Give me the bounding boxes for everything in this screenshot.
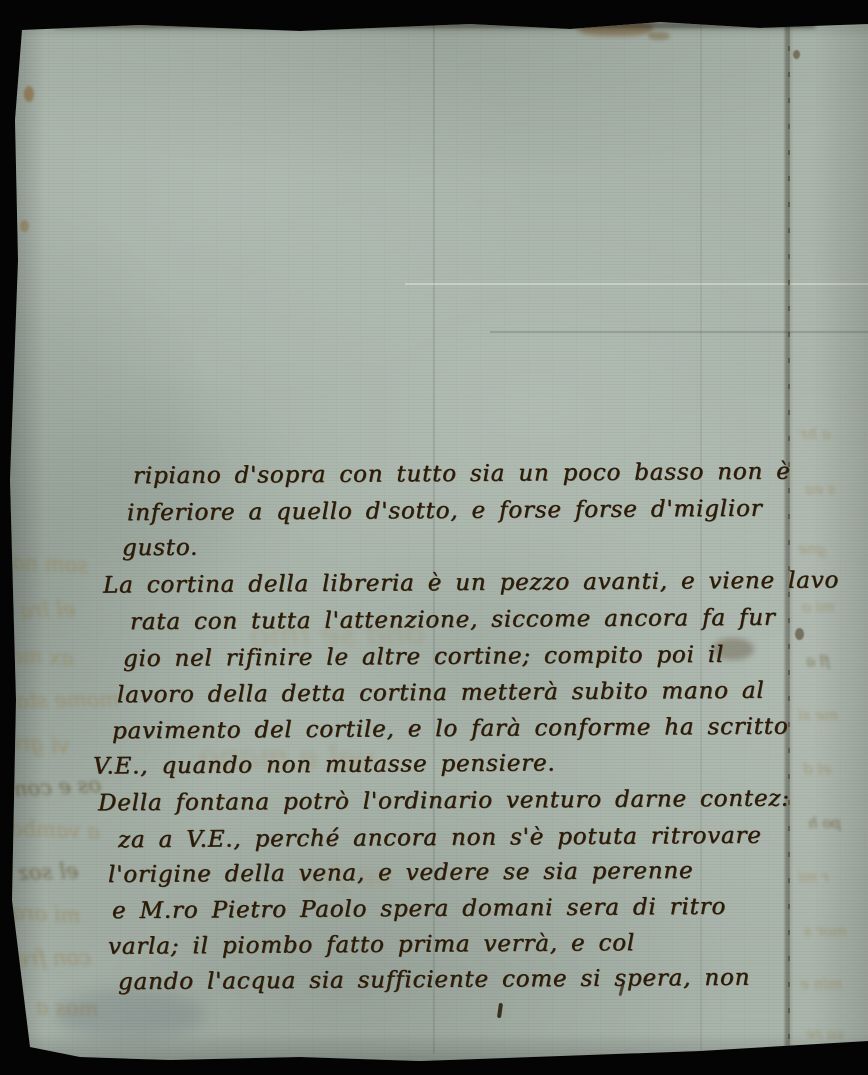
adjacent-page-edge xyxy=(790,20,868,1046)
manuscript-line: La cortina della libreria è un pezzo ava… xyxy=(103,567,839,598)
manuscript-line: inferiore a quello d'sotto, e forse fors… xyxy=(127,496,763,526)
paper-top-edge-shadow xyxy=(55,23,815,28)
bleedthrough-fragment: con fre xyxy=(16,945,91,970)
bleedthrough-fragment: a hr xyxy=(800,425,831,443)
page-fold-crease-core xyxy=(788,20,790,1052)
manuscript-line: pavimento del cortile, e lo farà conform… xyxy=(112,714,789,745)
manuscript-line: V.E., quando non mutasse pensiere. xyxy=(93,750,556,779)
bleedthrough-fragment: mi o xyxy=(802,598,835,616)
bleedthrough-fragment: fl a xyxy=(806,652,830,670)
manuscript-page: som na el lra ax mo mome sta vi gro os e… xyxy=(0,0,868,1075)
paper-stain xyxy=(55,990,205,1040)
bleedthrough-fragment: mome sta xyxy=(16,687,120,713)
manuscript-line: l'origine della vena, e vedere se sia pe… xyxy=(108,858,694,888)
paper-stain xyxy=(20,220,29,232)
bleedthrough-fragment: gne xyxy=(798,540,826,558)
manuscript-line: lavoro della detta cortina metterà subit… xyxy=(117,678,765,709)
bleedthrough-fragment: el d xyxy=(803,760,831,778)
bleedthrough-fragment: r mi xyxy=(798,868,829,886)
bleedthrough-fragment: va re xyxy=(806,1025,844,1043)
paper-stain xyxy=(24,86,34,102)
paper-stain xyxy=(578,20,653,36)
manuscript-line: varla; il piombo fatto prima verrà, e co… xyxy=(108,930,635,960)
bleedthrough-fragment: som na xyxy=(11,550,88,578)
bleedthrough-fragment: el lra xyxy=(20,597,76,623)
ink-speck xyxy=(793,50,800,59)
bleedthrough-fragment: min e xyxy=(800,975,842,993)
paper-stain xyxy=(648,32,670,40)
manuscript-line: rata con tutta l'attenzione, siccome anc… xyxy=(130,605,776,636)
stray-pen-mark xyxy=(497,1003,503,1018)
bleedthrough-fragment: mor s xyxy=(804,922,847,940)
ink-speck xyxy=(795,628,804,640)
manuscript-line: gio nel rifinire le altre cortine; compi… xyxy=(123,642,724,672)
manuscript-line: za a V.E., perché ancora non s'è potuta … xyxy=(118,823,762,853)
manuscript-line: e M.ro Pietro Paolo spera domani sera di… xyxy=(112,894,726,924)
bleedthrough-fragment: me si xyxy=(798,706,838,724)
bleedthrough-fragment: po h xyxy=(808,814,841,832)
bleedthrough-fragment: a vambo xyxy=(10,816,100,843)
manuscript-line: gando l'acqua sia sufficiente come si sp… xyxy=(118,965,750,995)
bleedthrough-fragment: el soz xyxy=(18,859,79,885)
bleedthrough-fragment: s ea xyxy=(805,480,835,498)
horizontal-crease xyxy=(405,283,868,285)
horizontal-crease xyxy=(490,331,868,333)
bleedthrough-fragment: ax mo xyxy=(10,644,74,670)
manuscript-line: ripiano d'sopra con tutto sia un poco ba… xyxy=(133,459,791,490)
bleedthrough-fragment: mi ora xyxy=(11,900,81,928)
manuscript-line: Della fontana potrò l'ordinario venturo … xyxy=(98,786,790,817)
bleedthrough-fragment: os e con xyxy=(13,773,101,802)
bleedthrough-fragment: vi gro xyxy=(7,730,70,758)
scan-background: som na el lra ax mo mome sta vi gro os e… xyxy=(0,0,868,1075)
manuscript-line: gusto. xyxy=(122,535,198,562)
